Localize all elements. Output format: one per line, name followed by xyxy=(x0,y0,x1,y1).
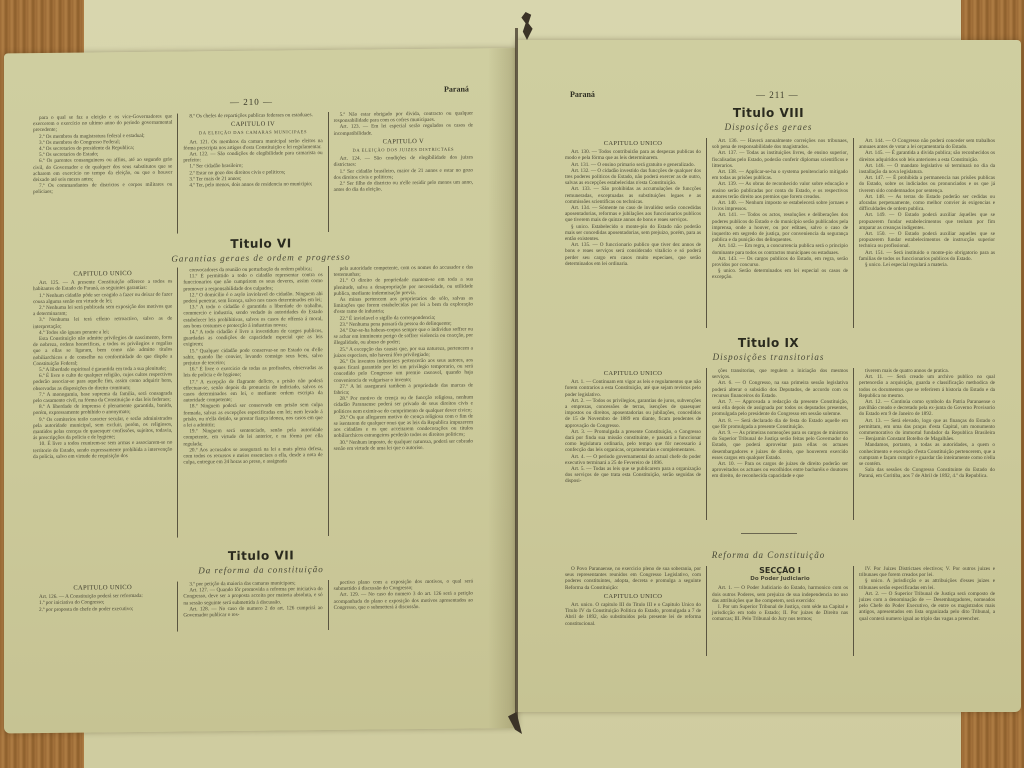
column: O Povo Paranaense, no exercicio pleno de… xyxy=(560,566,706,656)
paragraph: Art. 141. — Todos os actos, resoluções e… xyxy=(712,212,848,243)
paragraph: Art. 10. — Para os cargos de juizes de d… xyxy=(712,461,848,480)
column: 8.º Os chefes de repartições publicas fe… xyxy=(177,112,327,234)
chapter-heading: CAPITULO UNICO xyxy=(33,585,172,593)
column: tiverem mais de quatro annos de pratica.… xyxy=(853,368,1000,520)
column: SECÇÃO IDo Poder JudiciarioArt. 1. — O P… xyxy=(706,566,853,656)
column: pectivo plano com a exposição dos motivo… xyxy=(328,578,478,630)
paragraph: Art. 1. — Continuam em vigor as leis e r… xyxy=(565,379,701,398)
paragraph: Art. 131. — O ensino primario será gratu… xyxy=(565,162,701,168)
paragraph: Art. 139. — As obras de reconhecido valo… xyxy=(712,181,848,200)
paragraph: 14.º A todo cidadão é livre a investidur… xyxy=(183,328,322,348)
paragraph: 21.º O direito de propriedade mantem-se … xyxy=(334,277,473,297)
column: convocadores da reunião ou perturbação d… xyxy=(177,266,327,538)
paragraph: Art. 136. — Haverá annualmente correiçõe… xyxy=(712,138,848,150)
paragraph: 13.º A todo o cidadão é garantida a libe… xyxy=(183,303,322,329)
paragraph: Art. 5. — Todas as leis que se publicare… xyxy=(565,466,701,485)
paragraph: Art. 6. — O Congresso, na sua primeira s… xyxy=(712,380,848,399)
column: IV. Por Juizes Districtaes electivos; V.… xyxy=(853,566,1000,656)
paragraph: I. Por um Superior Tribunal de Justiça, … xyxy=(712,604,848,623)
chapter-heading: CAPITULO UNICO xyxy=(33,271,172,279)
paragraph: Art. 128. — No caso do numero 2 do art. … xyxy=(183,605,322,619)
paragraph: As minas pertencem aos proprietarios do … xyxy=(334,295,473,315)
paragraph: IV. Por Juizes Districtaes electivos; V.… xyxy=(859,566,995,578)
column: Art. 136. — Haverá annualmente correiçõe… xyxy=(706,138,853,328)
paragraph: 10. É livre a todos reunirem-se sem arma… xyxy=(33,440,172,460)
book-gutter xyxy=(515,28,518,728)
titulo-viii-columns: CAPITULO UNICOArt. 130. — Todos contribu… xyxy=(560,138,1000,328)
paragraph: Art. 8. — Será declarado dia de festa do… xyxy=(712,418,848,430)
divider-rule xyxy=(741,533,797,534)
page-number: — 211 — xyxy=(756,90,799,100)
paragraph: Art. 146. — O mandato legislativo só ter… xyxy=(859,163,995,175)
page-number: — 210 — xyxy=(230,97,273,107)
paragraph: 17.º A excepção de flagrante delicto, a … xyxy=(183,378,322,404)
top-columns: para o qual se faz a eleição e os vice-G… xyxy=(28,110,478,235)
paragraph: 28.º Por motivo de crença ou de funcção … xyxy=(334,395,473,415)
paragraph: Art. 145. — É garantida a divida publica… xyxy=(859,150,995,162)
column: para o qual se faz a eleição e os vice-G… xyxy=(28,114,177,236)
paragraph: 11.º É permittido a todo o cidadão repre… xyxy=(183,272,322,292)
paragraph: Art. 150. — O Estado poderá auxiliar aqu… xyxy=(859,231,995,250)
paragraph: 19.º Ninguem será sentenciado, senão pel… xyxy=(183,427,322,447)
paragraph: Art. 129. — No caso do numero 3 do art. … xyxy=(334,591,473,611)
column: pela autoridade competente, com os nomes… xyxy=(328,264,478,536)
titulo-vi-columns: CAPITULO UNICOArt. 125. — A presente Con… xyxy=(28,264,478,539)
running-head: Paraná xyxy=(570,90,595,99)
paragraph: Art. 151. — Será instituido o monte-pio … xyxy=(859,250,995,262)
titulo-ix-columns: CAPITULO UNICOArt. 1. — Continuam em vig… xyxy=(560,368,1000,520)
paragraph: 6.º É livre o culto de qualquer religião… xyxy=(33,372,172,392)
chapter-heading: CAPITULO UNICO xyxy=(565,141,701,147)
paragraph: 15.º Qualquer cidadão pode conservar-se … xyxy=(183,347,322,367)
reforma-columns: O Povo Paranaense, no exercicio pleno de… xyxy=(560,566,1000,656)
column: CAPITULO UNICOArt. 130. — Todos contribu… xyxy=(560,138,706,328)
section-subtitle: Reforma da Constituição xyxy=(516,550,1021,560)
paragraph: Art. 138. — Applicar-se-ha o systema pen… xyxy=(712,169,848,181)
chapter-subheading: DA ELEIÇÃO DOS JUIZES DISTRICTAES xyxy=(334,146,473,154)
section-subtitle: Disposições geraes xyxy=(516,122,1021,132)
column: ções transitorias, que regulem a iniciaç… xyxy=(706,368,853,520)
section-title: Titulo VIII xyxy=(516,106,1021,120)
paragraph: Art. 1. — O Poder Judiciario do Estado, … xyxy=(712,585,848,604)
paragraph: Art. 123. — Em lei especial serão regula… xyxy=(334,123,473,137)
paragraph: Art. 9. — As primeiras nomeações para os… xyxy=(712,430,848,461)
paragraph: O Povo Paranaense, no exercicio pleno de… xyxy=(565,566,701,591)
paragraph: 8.º Os chefes de repartições publicas fe… xyxy=(183,112,322,120)
paragraph: Art. 132. — O cidadão investido das func… xyxy=(565,168,701,187)
paragraph: 6.º Os parentes consanguineos ou affins,… xyxy=(33,157,172,183)
paragraph: Art. 140. — Nenhum imposto se estabelece… xyxy=(712,200,848,212)
paragraph: Art. 4. — O periodo governamental do act… xyxy=(565,454,701,466)
paragraph: Sala das sessões do Congresso Constituin… xyxy=(859,467,995,479)
paragraph: § unico. Estabelecido o monte-pio do Est… xyxy=(565,224,701,243)
paragraph: 2.º Ser filho do districto ou n'elle res… xyxy=(334,180,473,194)
chapter-heading: CAPITULO UNICO xyxy=(565,371,701,377)
paragraph: Art. 135. — O funccionario publico que t… xyxy=(565,242,701,267)
right-page: Paraná — 211 — Titulo VIII Disposições g… xyxy=(516,40,1021,712)
paragraph: Art. 137. — Todas as instituições livres… xyxy=(712,150,848,169)
paragraph: Art. 2. — O Superior Tribunal de Justiça… xyxy=(859,591,995,622)
paragraph: Art. 143. — Os cargos publicos do Estado… xyxy=(712,256,848,268)
paragraph: § unico. Serão determinados em lei espec… xyxy=(712,268,848,280)
column: Art. 144. — O Congresso não poderá conce… xyxy=(853,138,1000,328)
paragraph: Esta Constituição não admitte privilegio… xyxy=(33,335,172,367)
paragraph: 30.º Nenhum imposto, de qualquer naturez… xyxy=(334,438,473,452)
paragraph: Art. 149. — O Estado poderá auxiliar áqu… xyxy=(859,212,995,231)
column: CAPITULO UNICOArt. 125. — A presente Con… xyxy=(28,268,177,540)
paragraph: Art. 127. — Quando fôr promovida a refor… xyxy=(183,586,322,606)
paragraph: Art. unico. O capitulo III do Titulo III… xyxy=(565,602,701,627)
paragraph: 26.º Os inventos industriaes pertencerão… xyxy=(334,358,473,384)
section-heading: SECÇÃO I xyxy=(712,568,848,574)
paragraph: Art. 134. — Sómente no caso de invalidez… xyxy=(565,205,701,224)
titulo-vii-columns: CAPITULO UNICOArt. 126. — A Constituição… xyxy=(28,578,478,633)
paragraph: § unico. A jurisdicção e as attribuições… xyxy=(859,578,995,590)
running-head: Paraná xyxy=(444,85,469,94)
paragraph: Art. 144. — O Congresso não poderá conce… xyxy=(859,138,995,150)
paragraph: Art. 148. — As terras do Estado poderão … xyxy=(859,194,995,213)
paragraph: Art. 7. — Approvada a redacção da presen… xyxy=(712,399,848,418)
paragraph: Art. 130. — Todos contribuirão para as d… xyxy=(565,149,701,161)
column: 3.º por petição da maioria das camaras m… xyxy=(177,580,327,632)
section-title: Titulo IX xyxy=(516,336,1021,350)
paragraph: 7.º Os commandantes de districtos e corp… xyxy=(33,182,172,196)
paragraph: Art. 147. — É prohibida a permanencia na… xyxy=(859,175,995,194)
paragraph: 2.º por proposta do chefe do poder execu… xyxy=(33,605,172,613)
paragraph: 18.º Ninguem poderá ser conservado em pr… xyxy=(183,403,322,429)
paragraph: Art. 142. — Em regra, a concurrencia pub… xyxy=(712,243,848,255)
paragraph: Art. 133. — São prohibidas as accumulaçõ… xyxy=(565,186,701,205)
paragraph: ções transitorias, que regulem a iniciaç… xyxy=(712,368,848,380)
chapter-heading: CAPITULO UNICO xyxy=(565,594,701,600)
paragraph: 9.º Os cemiterios terão caracter secular… xyxy=(33,415,172,441)
column: 5.º Não estar obrigado por divida, contr… xyxy=(328,110,478,232)
paragraph: 24.º Dar-se-ha habeas-corpus sempre que … xyxy=(334,327,473,347)
paragraph: Art. 13. — Será elevado, logo que as fin… xyxy=(859,418,995,443)
paragraph: § unico. Lei especial regulará a materia… xyxy=(859,262,995,268)
column: CAPITULO UNICOArt. 1. — Continuam em vig… xyxy=(560,368,706,520)
chapter-subheading: DA ELEIÇÃO DAS CAMARAS MUNICIPAES xyxy=(183,129,322,137)
paragraph: Art. 12. — Continúa como symbolo da Patr… xyxy=(859,399,995,418)
paragraph: 29.º Os que allegarem motivo de crença r… xyxy=(334,413,473,439)
paragraph: Art. 11. — Será creado um archivo public… xyxy=(859,374,995,399)
column: CAPITULO UNICOArt. 126. — A Constituição… xyxy=(28,582,177,634)
section-subtitle: Disposições transitorias xyxy=(516,352,1021,362)
paragraph: Mandamos, portanto, a todas as autoridad… xyxy=(859,442,995,467)
chapter-heading: CAPITULO V xyxy=(334,138,473,146)
paragraph: Art. 2. — Todos os privilegios, garantia… xyxy=(565,398,701,429)
paragraph: para o qual se faz a eleição e os vice-G… xyxy=(33,114,172,134)
paragraph: Art. 3. — Promulgada a presente Constitu… xyxy=(565,429,701,454)
paragraph: 4.º Ter, pelo menos, dois annos de resid… xyxy=(183,181,322,189)
left-page: — 210 — Paraná para o qual se faz a elei… xyxy=(4,48,518,733)
section-subheading: Do Poder Judiciario xyxy=(712,576,848,582)
paragraph: 20.º Aos accusados se assegurará na lei … xyxy=(183,446,322,466)
chapter-heading: CAPITULO IV xyxy=(183,121,322,129)
